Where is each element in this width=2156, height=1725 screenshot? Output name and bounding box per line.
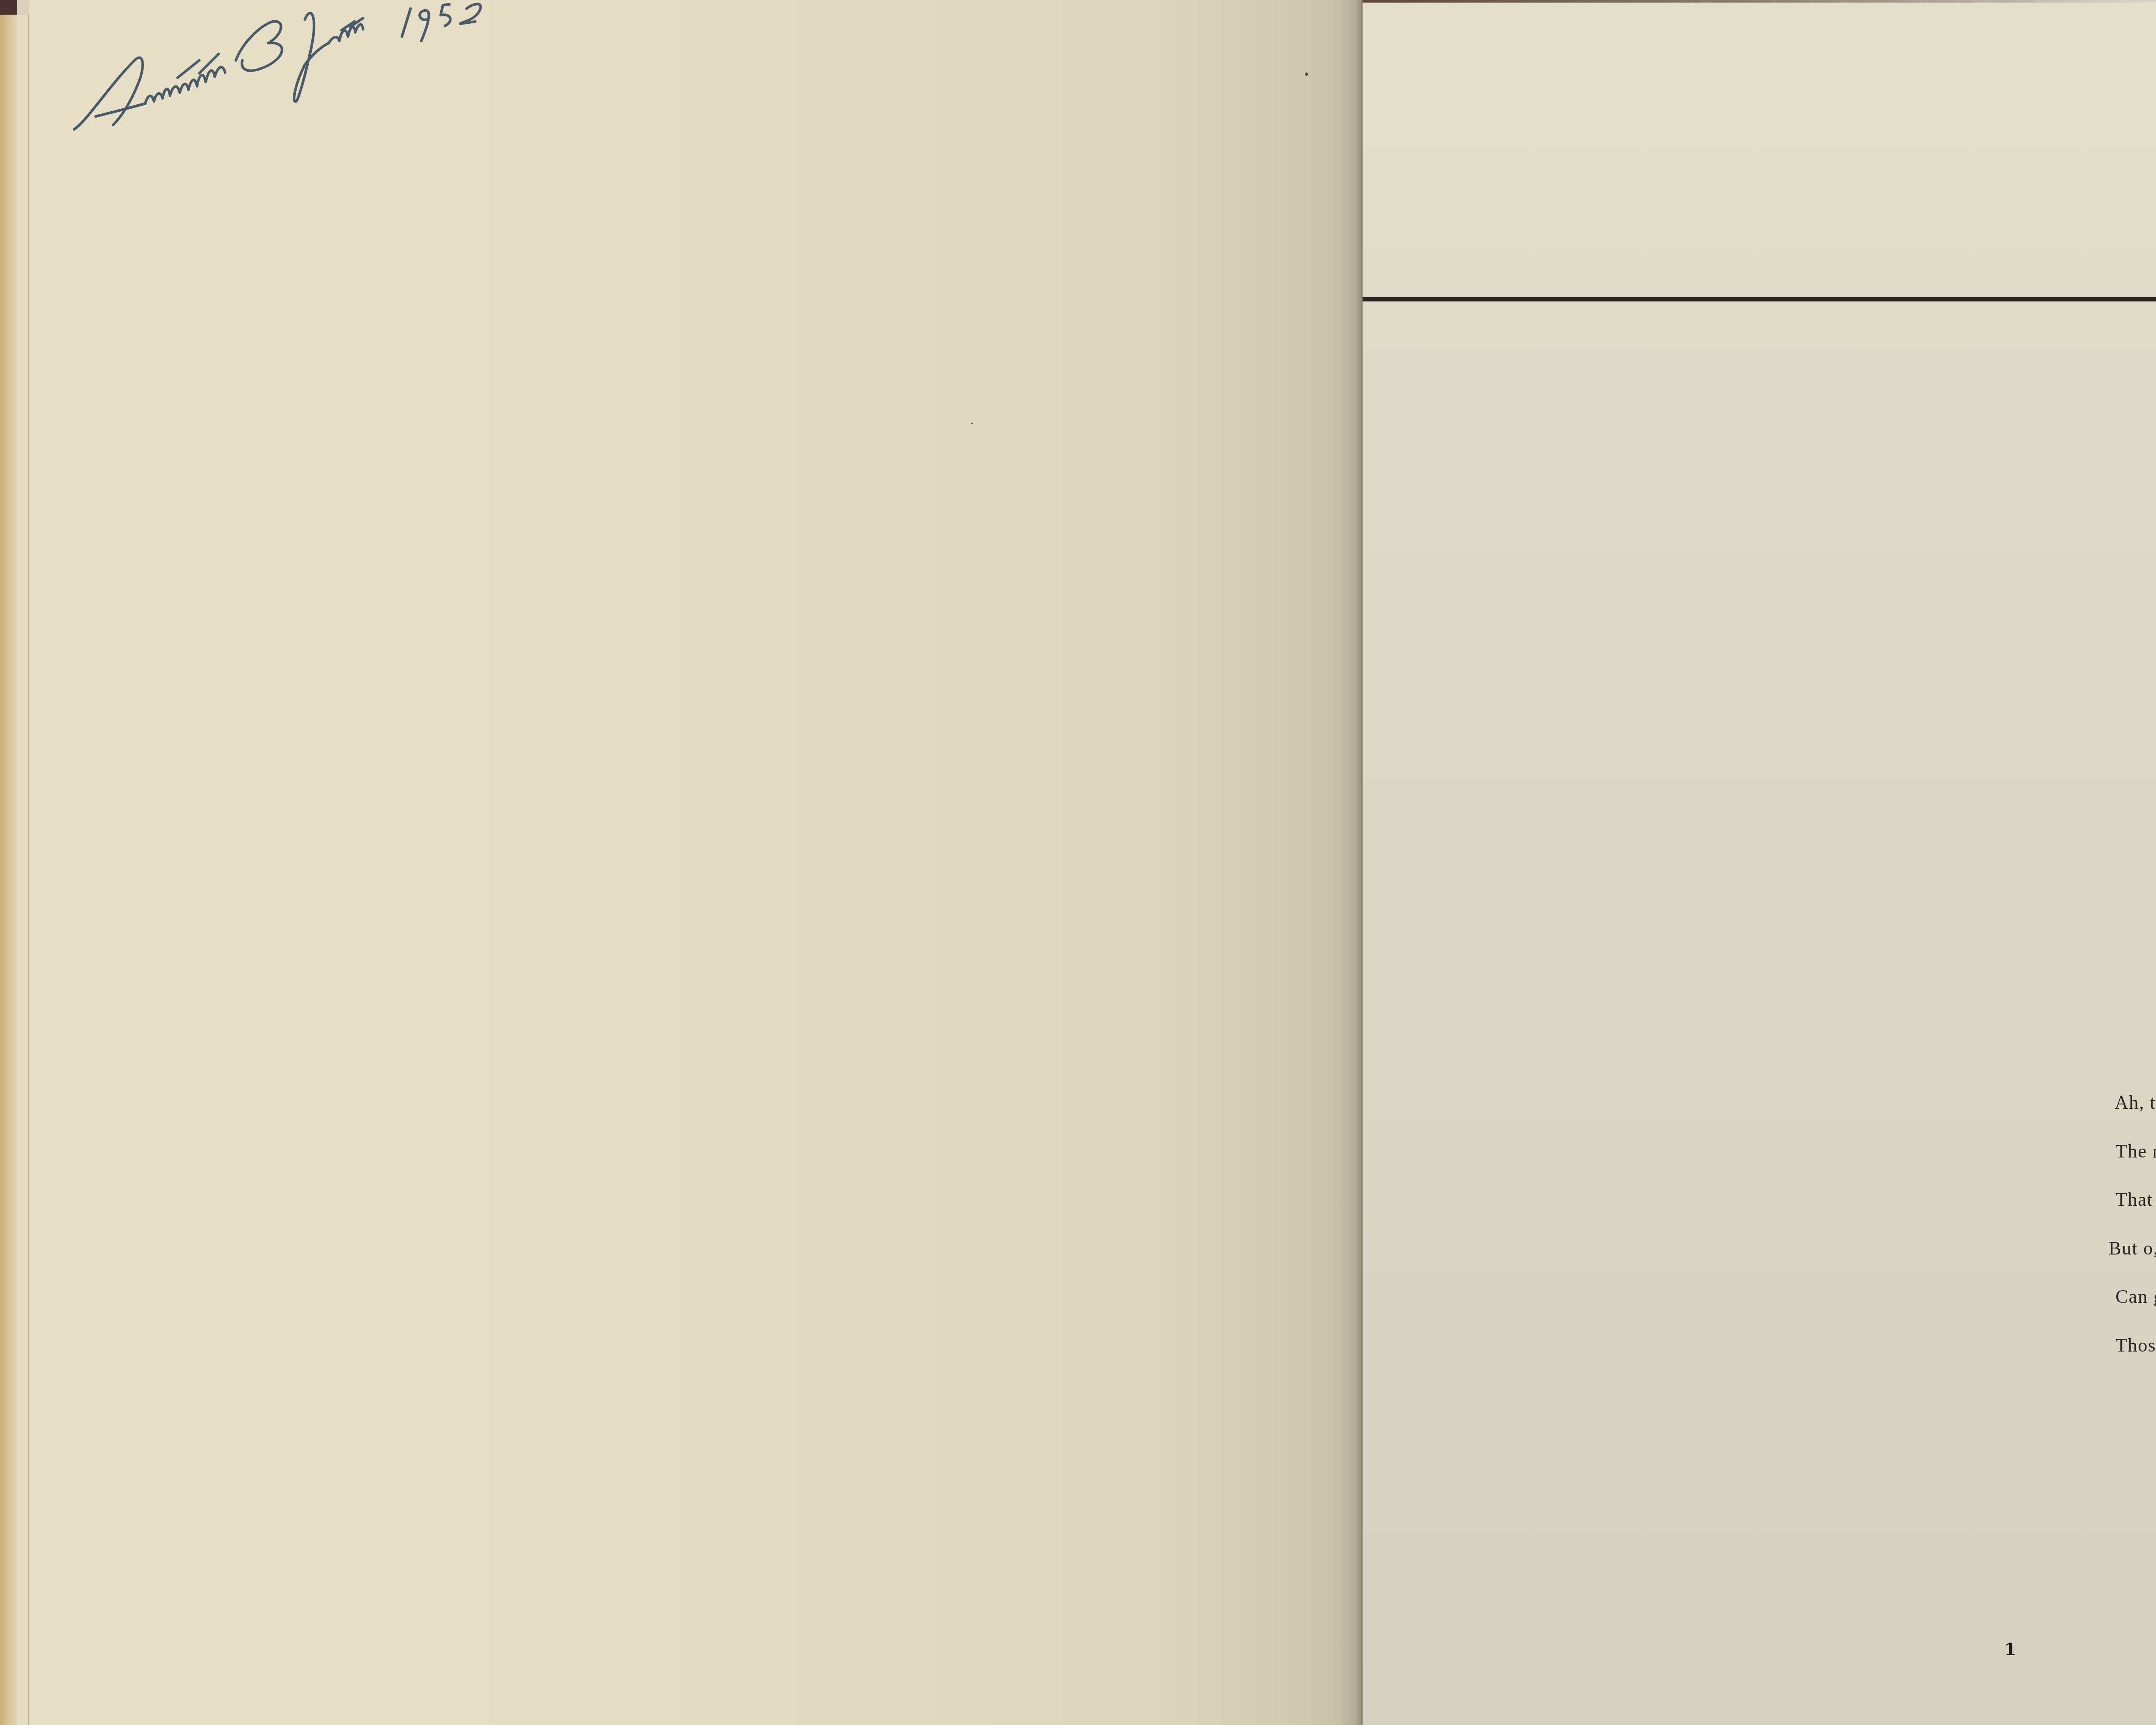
poem-line: Ah, then how sweetly close those crowded…: [2109, 1079, 2156, 1127]
paper-speck: [1305, 72, 1308, 76]
paper-speck: [971, 423, 973, 424]
right-page: Foreword Ah, then how sweetly close thos…: [1363, 3, 2156, 1725]
signature-ink-icon: [70, 0, 579, 142]
poem-line: That fade upon a summer's eve.: [2109, 1176, 2156, 1224]
poem-line: Can give me back the gentle slumbers: [2109, 1273, 2156, 1321]
poem-line: But o, what charm or magic numbers: [2109, 1224, 2156, 1273]
cover-edge: [0, 0, 17, 1725]
endpaper-strip: [17, 15, 29, 1725]
poem-line: Those weary, happy days did leave?: [2109, 1321, 2156, 1370]
poem: Ah, then how sweetly close those crowded…: [2109, 1079, 2156, 1370]
book-spread: Antoinette B Jette 1952 Foreword Ah, the…: [0, 0, 2156, 1725]
spine-shadow: [1337, 0, 1363, 1725]
poem-line: The minutes parting one by one like rays…: [2109, 1127, 2156, 1176]
left-page: Antoinette B Jette 1952: [29, 0, 1362, 1725]
handwritten-signature: Antoinette B Jette 1952: [70, 0, 579, 142]
horizontal-rule: [1363, 297, 2156, 301]
page-number: 1: [2004, 1639, 2016, 1659]
cover-corner: [0, 0, 17, 15]
